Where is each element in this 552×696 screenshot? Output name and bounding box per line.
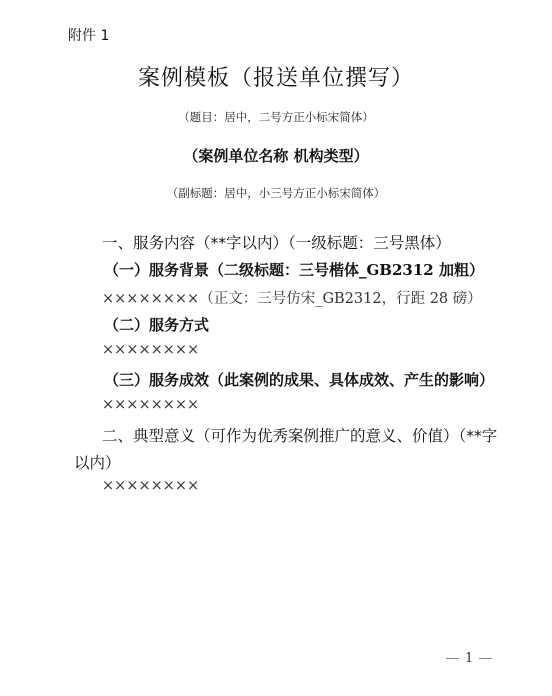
page-title: 案例模板（报送单位撰写）: [0, 61, 552, 92]
page-number-value: 1: [465, 651, 473, 666]
section-body-2: ××××××××: [102, 478, 199, 494]
subsection-body-3: ××××××××: [102, 397, 199, 413]
section-heading-1: 一、服务内容（**字以内）（一级标题：三号黑体）: [102, 231, 451, 253]
title-format-note: （题目：居中，二号方正小标宋简体）: [0, 109, 552, 125]
subsection-body-1: ××××××××（正文：三号仿宋_GB2312，行距 28 磅）: [102, 287, 482, 308]
subsection-heading-1: （一）服务背景（二级标题：三号楷体_GB2312 加粗）: [104, 259, 484, 280]
subsection-heading-2: （二）服务方式: [104, 314, 209, 335]
section-heading-2-line2: 以内）: [74, 451, 121, 473]
section-heading-2-line1: 二、典型意义（可作为优秀案例推广的意义、价值）（**字: [102, 424, 497, 446]
subtitle: （案例单位名称 机构类型）: [0, 145, 552, 166]
page-number: 1: [440, 651, 498, 666]
subsection-body-2: ××××××××: [102, 342, 199, 358]
subsection-heading-3: （三）服务成效（此案例的成果、具体成效、产生的影响）: [104, 369, 494, 390]
dash-left: [446, 658, 459, 659]
dash-right: [479, 658, 492, 659]
attachment-label: 附件 1: [68, 25, 109, 45]
subtitle-format-note: （副标题：居中，小三号方正小标宋简体）: [0, 185, 552, 201]
